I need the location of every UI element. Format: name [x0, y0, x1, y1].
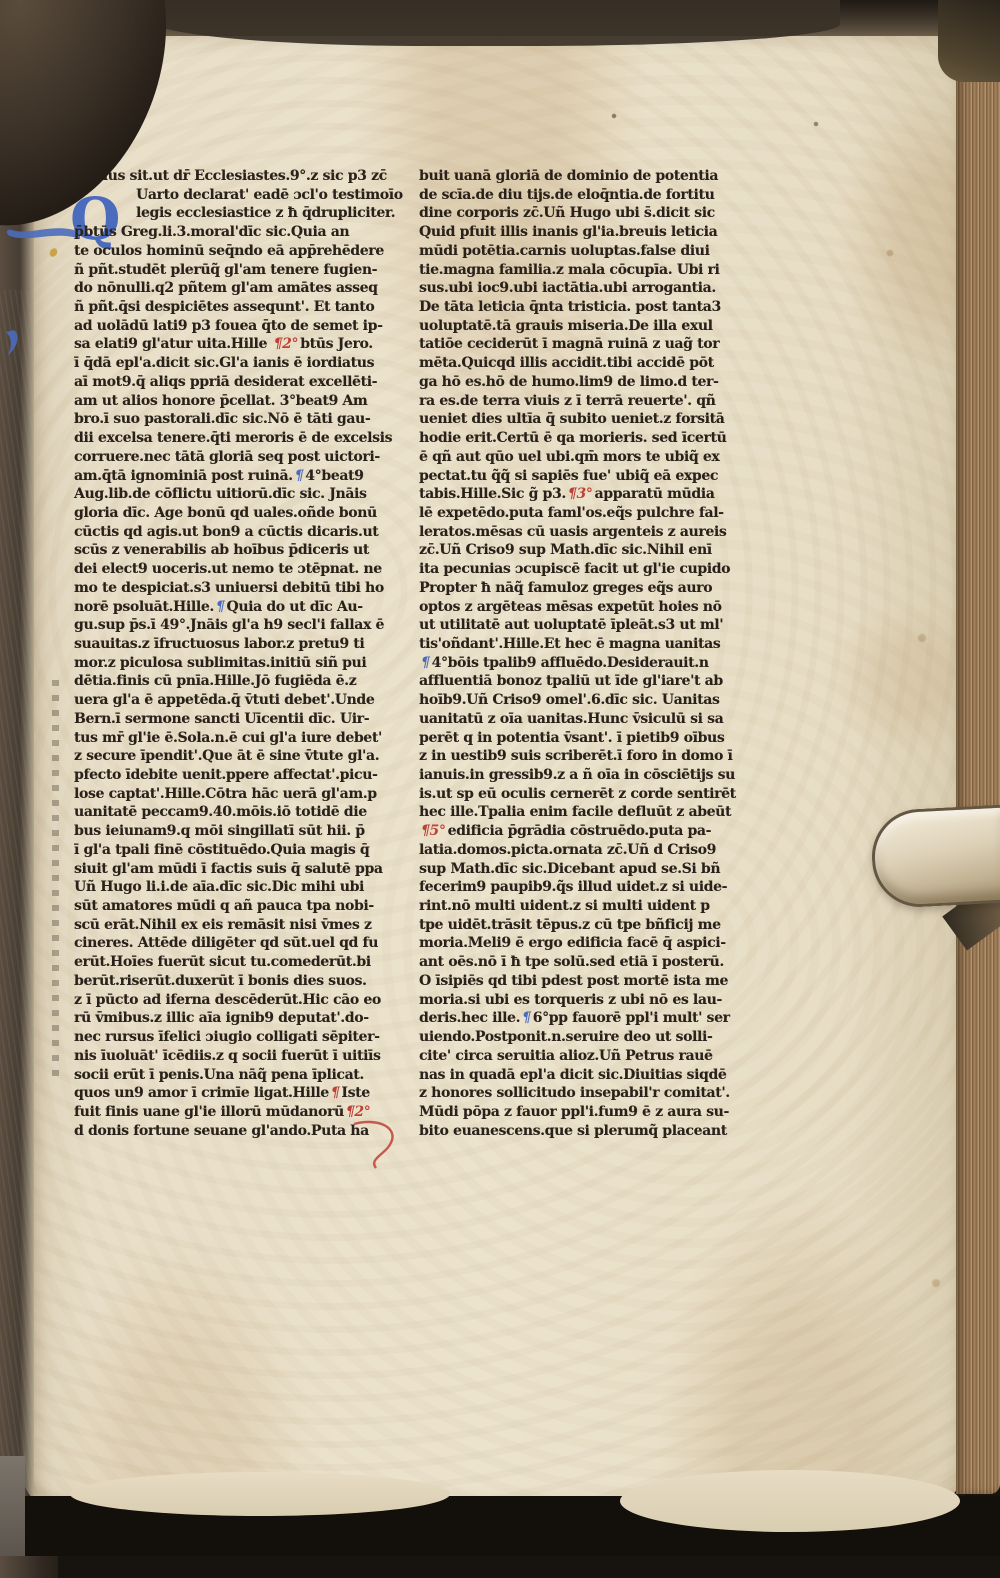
text-line: sup Math.dīc sic.Dicebant apud se.Si bñ	[419, 860, 755, 879]
page-holder-clip	[870, 805, 1000, 910]
text-line: Uñ Hugo li.i.de aīa.dīc sic.Dic mihi ubi	[74, 878, 410, 897]
text-line: nas in quadā epl'a dicit sic.Diuitias si…	[419, 1066, 755, 1085]
rubric-mark: ¶	[214, 599, 227, 615]
rubric-mark: ¶	[520, 1010, 533, 1026]
text-line: scū erāt.Nihil ex eis remāsit nisi v̄mes…	[74, 916, 410, 935]
text-line: uoluptatē.tā grauis miseria.De illa exul	[419, 317, 755, 336]
text-line: cite' circa seruitia alioz.Uñ Petrus rau…	[419, 1047, 755, 1066]
text-line: gloria dīc. Age bonū qd uales.oñde bonū	[74, 504, 410, 523]
text-line: rū v̄mibus.z illic aīa ignib9 deputat'.d…	[74, 1009, 410, 1028]
text-line: do nōnulli.q2 pñtem gl'am amātes asseq	[74, 279, 410, 298]
text-line: mūdi potētia.carnis uoluptas.false diui	[419, 242, 755, 261]
text-line: sus.ubi ioc9.ubi iactātia.ubi arrogantia…	[419, 279, 755, 298]
text-line: Aug.lib.de cōflictu uitiorū.dīc sic. Jnā…	[74, 485, 410, 504]
text-line: dii excelsa tenere.q̄ti meroris ē de exc…	[74, 429, 410, 448]
rubric-mark: ¶	[293, 468, 306, 484]
text-line: cūctis qd agis.ut bon9 a cūctis dicaris.…	[74, 523, 410, 542]
text-column-1: dignus sit.ut dr̄ Ecclesiastes.9°.z sic …	[74, 167, 410, 1140]
text-line: uanitatū z oīa uanitas.Hunc v̄siculū si …	[419, 710, 755, 729]
text-line: uera gl'a ē appetēda.q̄ v̄tuti debet'.Un…	[74, 691, 410, 710]
rubric-mark: ¶3°	[566, 486, 595, 502]
text-line: tabis.Hille.Sic g̃ p3.¶3°apparatū mūdia	[419, 485, 755, 504]
text-line: deris.hec ille.¶6°pp fauorē ppl'i mult' …	[419, 1009, 755, 1028]
text-line: z ī pūcto ad iferna descēderūt.Hic cāo e…	[74, 991, 410, 1010]
text-line: ianuis.in gressib9.z a ñ oīa in cōsciēti…	[419, 766, 755, 785]
text-line: ad uolādū lati9 p3 fouea q̄to de semet i…	[74, 317, 410, 336]
text-line: te oculos hominū seq̄ndo eā app̄rehēdere	[74, 242, 410, 261]
underpage-letter-fragments	[52, 680, 59, 1080]
text-line: Propter ħ nāq̃ famuloz greges eq̃s auro	[419, 579, 755, 598]
rubric-mark: ¶	[419, 655, 432, 671]
text-line: uanitatē peccam9.40.mōis.iō totidē die	[74, 803, 410, 822]
scanned-book-page: Q dignus sit.ut dr̄ Ecclesiastes.9°.z si…	[0, 0, 1000, 1578]
text-line: De tāta leticia q̄nta tristicia. post ta…	[419, 298, 755, 317]
text-line: erūt.Hoīes fuerūt sicut tu.comederūt.bi	[74, 953, 410, 972]
text-line: suauitas.z īfructuosus labor.z pretu9 ti	[74, 635, 410, 654]
text-line: ut utilitatē aut uoluptatē īpleāt.s3 ut …	[419, 616, 755, 635]
text-line: aī mot9.q̄ aliqs ppriā desiderat excellē…	[74, 373, 410, 392]
rubric-mark: ¶	[329, 1085, 342, 1101]
text-line: ra es.de terra viuis z ī terrā reuerte'.…	[419, 392, 755, 411]
text-line: p̄btūs Greg.li.3.moral'dīc sic.Quia an	[74, 223, 410, 242]
text-line: fuit finis uane gl'ie illorū mūdanorū¶2°	[74, 1103, 410, 1122]
text-line: pectat.tu q̃q̃ si sapiēs fue' ubiq̃ eā e…	[419, 467, 755, 486]
text-column-2: buit uanā gloriā de dominio de potentiad…	[419, 167, 755, 1140]
text-line: norē psoluāt.Hille.¶Quia do ut dīc Au-	[74, 598, 410, 617]
text-line: lose captat'.Hille.Cōtra hāc uerā gl'am.…	[74, 785, 410, 804]
text-line: berūt.riserūt.duxerūt ī bonis dies suos.	[74, 972, 410, 991]
text-line: buit uanā gloriā de dominio de potentia	[419, 167, 755, 186]
text-line: ant oēs.nō ī ħ tpe solū.sed etiā ī poste…	[419, 953, 755, 972]
text-line: dignus sit.ut dr̄ Ecclesiastes.9°.z sic …	[74, 167, 410, 186]
text-line: uiendo.Postponit.n.seruire deo ut solli-	[419, 1028, 755, 1047]
text-line: is.ut sp eū oculis cernerēt z corde sent…	[419, 785, 755, 804]
rubric-mark: ¶2°	[344, 1104, 373, 1120]
text-line: latia.domos.picta.ornata zc̄.Uñ d Criso9	[419, 841, 755, 860]
text-line: moria.Meli9 ē ergo edificia facē q̄ aspi…	[419, 934, 755, 953]
text-line: dei elect9 uoceris.ut nemo te ɔtēpnat. n…	[74, 560, 410, 579]
margin-flourish-icon	[4, 328, 22, 358]
text-line: quos un9 amor ī crimīe ligat.Hille¶Iste	[74, 1084, 410, 1103]
text-line: cineres. Attēde diligēter qd sūt.uel qd …	[74, 934, 410, 953]
text-line: bus ieiunam9.q mōi singillatī sūt hii. p…	[74, 822, 410, 841]
page-bottom-bulge	[70, 1472, 450, 1516]
text-line: mo te despiciat.s3 uniuersi debitū tibi …	[74, 579, 410, 598]
top-right-corner-shadow	[938, 0, 1000, 82]
text-line: ī gl'a tpali finē cōstituēdo.Quia magis …	[74, 841, 410, 860]
text-line: zc̄.Uñ Criso9 sup Math.dīc sic.Nihil enī	[419, 541, 755, 560]
text-line: bro.ī suo pastorali.dīc sic.Nō ē tāti ga…	[74, 410, 410, 429]
text-line: Quid pfuit illis inanis gl'ia.breuis let…	[419, 223, 755, 242]
text-line: ñ pñt.q̄si despiciētes assequnt'. Et tan…	[74, 298, 410, 317]
text-line: z secure īpendit'.Que āt ē sine v̄tute g…	[74, 747, 410, 766]
text-line: tus mr̄ gl'ie ē.Sola.n.ē cui gl'a iure d…	[74, 729, 410, 748]
text-line: tie.magna familia.z mala cōcupīa. Ubi ri	[419, 261, 755, 280]
text-line: rint.nō multi uident.z si multi uident p	[419, 897, 755, 916]
rubric-mark: ¶5°	[419, 823, 448, 839]
text-line: hodie erit.Certū ē qa morieris. sed īcer…	[419, 429, 755, 448]
text-line: ueniet dies ultīa q̄ subito ueniet.z for…	[419, 410, 755, 429]
text-line: gu.sup p̄s.ī 49°.Jnāis gl'a h9 secl'i fa…	[74, 616, 410, 635]
book-top-edge-wave	[150, 0, 840, 46]
text-line: de scīa.de diu tijs.de eloq̄ntia.de fort…	[419, 186, 755, 205]
text-line: fecerim9 paupib9.q̃s illud uidet.z si ui…	[419, 878, 755, 897]
text-line: hoīb9.Uñ Criso9 omel'.6.dīc sic. Uanitas	[419, 691, 755, 710]
text-line: affluentiā bonoz tpaliū ut īde gl'iare't…	[419, 672, 755, 691]
bottom-left-sliver	[0, 1456, 25, 1556]
text-line: sa elati9 gl'atur uita.Hille ¶2°btūs Jer…	[74, 335, 410, 354]
text-line: bito euanescens.que si plerumq̃ placeant	[419, 1122, 755, 1141]
text-line: ī q̄dā epl'a.dicit sic.Gl'a ianis ē iord…	[74, 354, 410, 373]
text-line: ita pecunias ɔcupiscē facit ut gl'ie cup…	[419, 560, 755, 579]
text-line: dētia.finis cū pnīa.Hille.Jō fugiēda ē.z	[74, 672, 410, 691]
text-line: pfecto īdebite uenit.ppere affectat'.pic…	[74, 766, 410, 785]
text-line: d donis fortune seuane gl'ando.Puta ha	[74, 1122, 410, 1141]
text-line: z in uestib9 suis scriberēt.ī foro in do…	[419, 747, 755, 766]
text-line: ¶5°edificia p̄grādia cōstruēdo.puta pa-	[419, 822, 755, 841]
text-line: ē qñ aut qūo uel ubi.qm̄ mors te ubiq̃ e…	[419, 448, 755, 467]
text-line: mēta.Quicqd illis accidit.tibi accidē pō…	[419, 354, 755, 373]
text-line: moria.si ubi es torqueris z ubi nō es la…	[419, 991, 755, 1010]
text-line: nis īuoluāt' īcēdiis.z q socii fuerūt ī …	[74, 1047, 410, 1066]
text-line: siuit gl'am mūdi ī factis suis q̄ salutē…	[74, 860, 410, 879]
text-line: ga hō es.hō de humo.lim9 de limo.d ter-	[419, 373, 755, 392]
text-line: sūt amatores mūdi q añ pauca tpa nobi-	[74, 897, 410, 916]
text-line: ¶4°bōis tpalib9 affluēdo.Desiderauit.n	[419, 654, 755, 673]
text-line: am ut alios honore p̄cellat. 3°beat9 Am	[74, 392, 410, 411]
text-line: corruere.nec tātā gloriā seq post uictor…	[74, 448, 410, 467]
text-line: tpe uidēt.trāsit tēpus.z cū tpe bñficij …	[419, 916, 755, 935]
text-line: z honores sollicitudo insepabil'r comita…	[419, 1084, 755, 1103]
text-line: O īsipiēs qd tibi pdest post mortē ista …	[419, 972, 755, 991]
book-fore-edge	[956, 32, 1000, 1494]
text-line: tatiōe ceciderūt ī magnā ruinā z uag̃ to…	[419, 335, 755, 354]
text-line: socii erūt ī penis.Una nāq̃ pena īplicat…	[74, 1066, 410, 1085]
text-line: mor.z piculosa sublimitas.initiū siñ pui	[74, 654, 410, 673]
text-line: hec ille.Tpalia enim facile defluūt z ab…	[419, 803, 755, 822]
text-line: perēt q in potentia v̄sant'. ī pietib9 o…	[419, 729, 755, 748]
text-line: scūs z venerabilis ab hoībus p̄diceris u…	[74, 541, 410, 560]
text-line: am.q̄tā ignominiā post ruinā.¶4°beat9	[74, 467, 410, 486]
text-line: Mūdi pōpa z fauor ppl'i.fum9 ē z aura su…	[419, 1103, 755, 1122]
text-line: dine corporis zc̄.Uñ Hugo ubi s̄.dicit s…	[419, 204, 755, 223]
text-line: leratos.mēsas cū uasis argenteis z aurei…	[419, 523, 755, 542]
text-line: tis'oñdant'.Hille.Et hec ē magna uanitas	[419, 635, 755, 654]
text-line: ñ pñt.studēt plerūq̃ gl'am tenere fugien…	[74, 261, 410, 280]
text-line: nec rursus īfelici ɔiugio colligati sēpi…	[74, 1028, 410, 1047]
text-line: legis ecclesiastice z ħ q̄drupliciter.	[74, 204, 410, 223]
rubric-mark: ¶2°	[272, 336, 301, 352]
page-bottom-bulge	[620, 1470, 960, 1532]
text-line: optos z argēteas mēsas expetūt hoies nō	[419, 598, 755, 617]
text-line: lē expetēdo.puta faml'os.eq̃s pulchre fa…	[419, 504, 755, 523]
text-line: Uarto declarat' eadē ɔcl'o testimoīo	[74, 186, 410, 205]
text-line: Bern.ī sermone sancti Uīcentii dīc. Uir-	[74, 710, 410, 729]
